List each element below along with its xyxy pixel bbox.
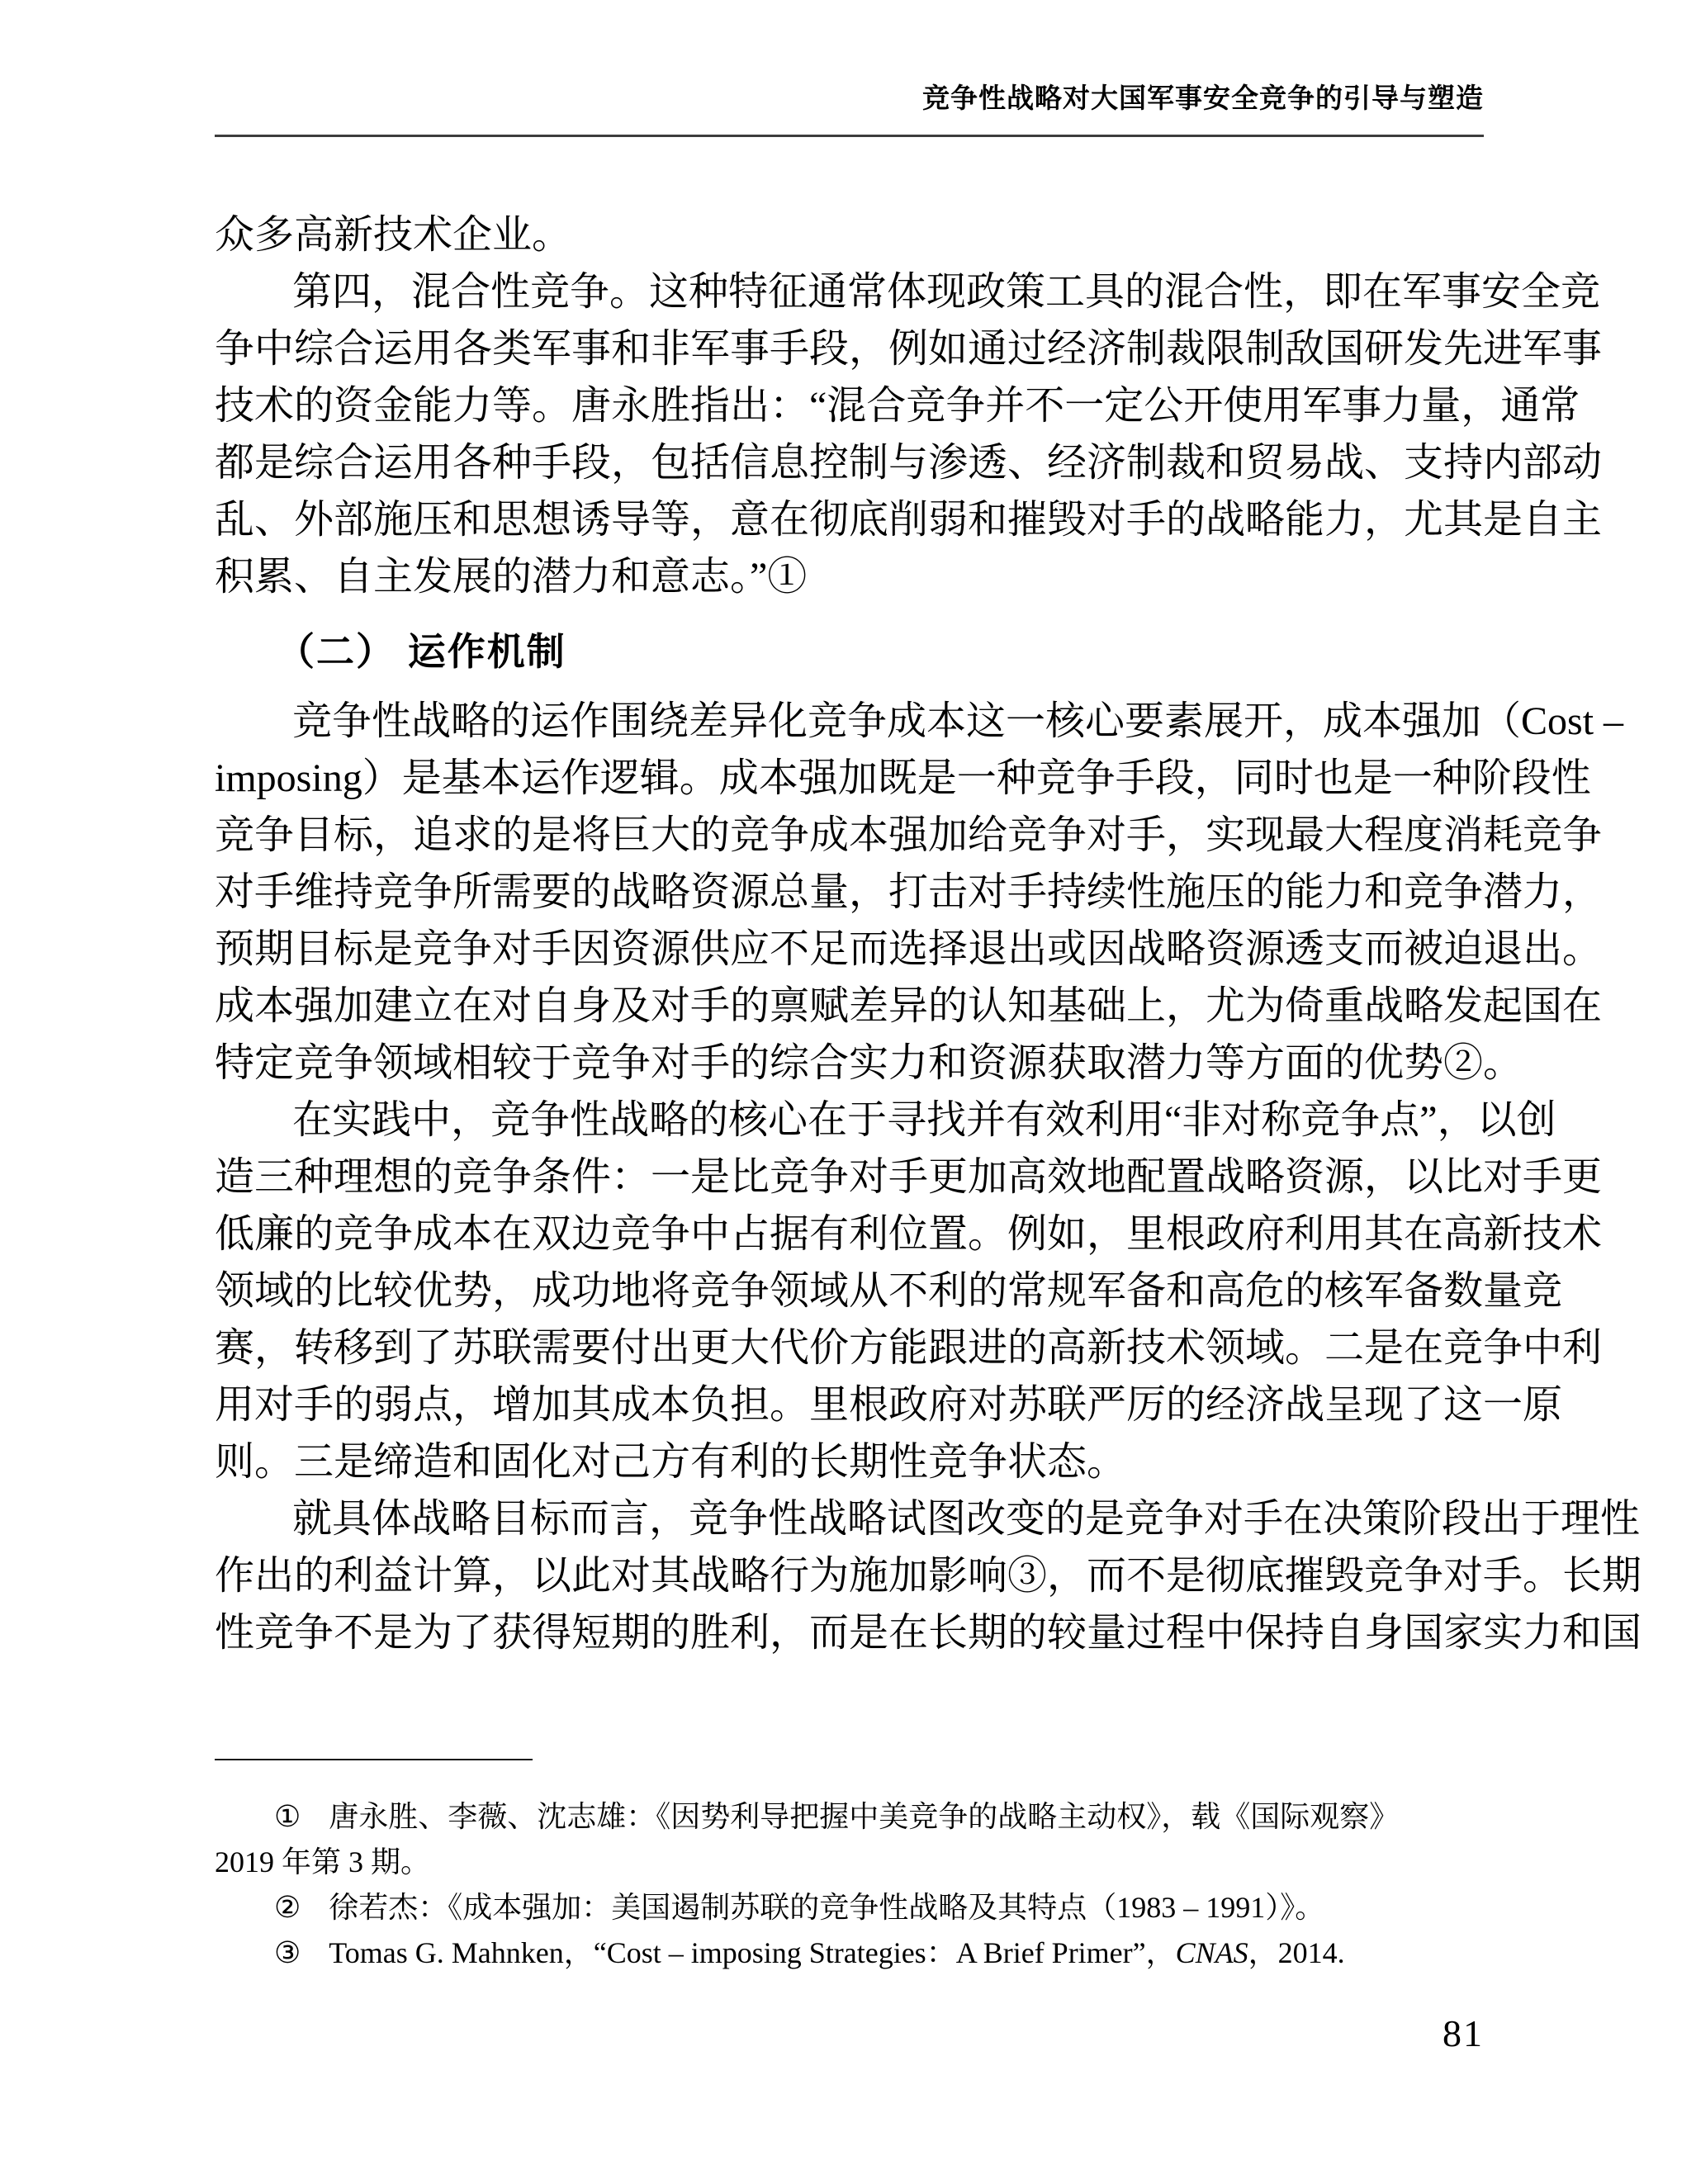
body-line: 造三种理想的竞争条件：一是比竞争对手更加高效地配置战略资源，以比对手更 — [215, 1149, 1484, 1206]
body-line: 赛，转移到了苏联需要付出更大代价方能跟进的高新技术领域。二是在竞争中利 — [215, 1319, 1484, 1376]
body-line: 作出的利益计算，以此对其战略行为施加影响③，而不是彻底摧毁竞争对手。长期 — [215, 1547, 1484, 1604]
body-line: 性竞争不是为了获得短期的胜利，而是在长期的较量过程中保持自身国家实力和国 — [215, 1604, 1484, 1661]
footnote-line: ①唐永胜、李薇、沈志雄：《因势利导把握中美竞争的战略主动权》，载《国际观察》 — [215, 1794, 1484, 1840]
body-line: 对手维持竞争所需要的战略资源总量，打击对手持续性施压的能力和竞争潜力， — [215, 864, 1484, 921]
body-line: 用对手的弱点，增加其成本负担。里根政府对苏联严厉的经济战呈现了这一原 — [215, 1376, 1484, 1433]
body-line: 预期目标是竞争对手因资源供应不足而选择退出或因战略资源透支而被迫退出。 — [215, 921, 1484, 978]
body-line: 乱、外部施压和思想诱导等，意在彻底削弱和摧毁对手的战略能力，尤其是自主 — [215, 491, 1484, 548]
body-line: 在实践中，竞争性战略的核心在于寻找并有效利用“非对称竞争点”，以创 — [215, 1092, 1484, 1149]
page-number: 81 — [1443, 2015, 1484, 2053]
body-line: 争中综合运用各类军事和非军事手段，例如通过经济制裁限制敌国研发先进军事 — [215, 320, 1484, 377]
header-divider — [215, 135, 1484, 137]
section-heading: （二） 运作机制 — [215, 623, 1484, 680]
body-line: 都是综合运用各种手段，包括信息控制与渗透、经济制裁和贸易战、支持内部动 — [215, 434, 1484, 491]
footnotes: ①唐永胜、李薇、沈志雄：《因势利导把握中美竞争的战略主动权》，载《国际观察》20… — [215, 1794, 1484, 1976]
body-line: 积累、自主发展的潜力和意志。”① — [215, 548, 1484, 605]
body-line: 技术的资金能力等。唐永胜指出：“混合竞争并不一定公开使用军事力量，通常 — [215, 377, 1484, 434]
body-line: 就具体战略目标而言，竞争性战略试图改变的是竞争对手在决策阶段出于理性 — [215, 1490, 1484, 1547]
body-line: 则。三是缔造和固化对己方有利的长期性竞争状态。 — [215, 1433, 1484, 1490]
body-line: 竞争目标，追求的是将巨大的竞争成本强加给竞争对手，实现最大程度消耗竞争 — [215, 807, 1484, 864]
footnote-text: ，2014. — [1248, 1936, 1345, 1969]
footnote-text: Tomas G. Mahnken，“Cost – imposing Strate… — [329, 1936, 1175, 1969]
body-text: 众多高新技术企业。第四，混合性竞争。这种特征通常体现政策工具的混合性，即在军事安… — [215, 206, 1484, 1661]
footnote-text: 2019 年第 3 期。 — [215, 1845, 430, 1878]
footnote-text: CNAS — [1176, 1936, 1248, 1969]
document-page: 竞争性战略对大国军事安全竞争的引导与塑造 众多高新技术企业。第四，混合性竞争。这… — [0, 0, 1696, 2184]
body-line: 竞争性战略的运作围绕差异化竞争成本这一核心要素展开，成本强加（Cost – — [215, 693, 1484, 750]
footnote-text: 唐永胜、李薇、沈志雄：《因势利导把握中美竞争的战略主动权》，载《国际观察》 — [329, 1800, 1399, 1833]
footnote-marker: ① — [274, 1794, 301, 1840]
footnote-line: ③Tomas G. Mahnken，“Cost – imposing Strat… — [215, 1931, 1484, 1976]
body-line: 成本强加建立在对自身及对手的禀赋差异的认知基础上，尤为倚重战略发起国在 — [215, 978, 1484, 1035]
footnote-text: 徐若杰：《成本强加：美国遏制苏联的竞争性战略及其特点（1983 – 1991）》… — [329, 1891, 1324, 1924]
footnote-line: 2019 年第 3 期。 — [215, 1840, 1484, 1885]
body-line: 低廉的竞争成本在双边竞争中占据有利位置。例如，里根政府利用其在高新技术 — [215, 1206, 1484, 1263]
body-line: 第四，混合性竞争。这种特征通常体现政策工具的混合性，即在军事安全竞 — [215, 263, 1484, 320]
body-line: 众多高新技术企业。 — [215, 206, 1484, 263]
body-line: 领域的比较优势，成功地将竞争领域从不利的常规军备和高危的核军备数量竞 — [215, 1263, 1484, 1319]
body-line: 特定竞争领域相较于竞争对手的综合实力和资源获取潜力等方面的优势②。 — [215, 1035, 1484, 1092]
footnote-marker: ③ — [274, 1931, 301, 1976]
footnote-marker: ② — [274, 1885, 301, 1931]
footnote-separator — [215, 1759, 533, 1760]
footnote-line: ②徐若杰：《成本强加：美国遏制苏联的竞争性战略及其特点（1983 – 1991）… — [215, 1885, 1484, 1931]
running-head: 竞争性战略对大国军事安全竞争的引导与塑造 — [215, 86, 1484, 113]
body-line: imposing）是基本运作逻辑。成本强加既是一种竞争手段，同时也是一种阶段性 — [215, 750, 1484, 807]
